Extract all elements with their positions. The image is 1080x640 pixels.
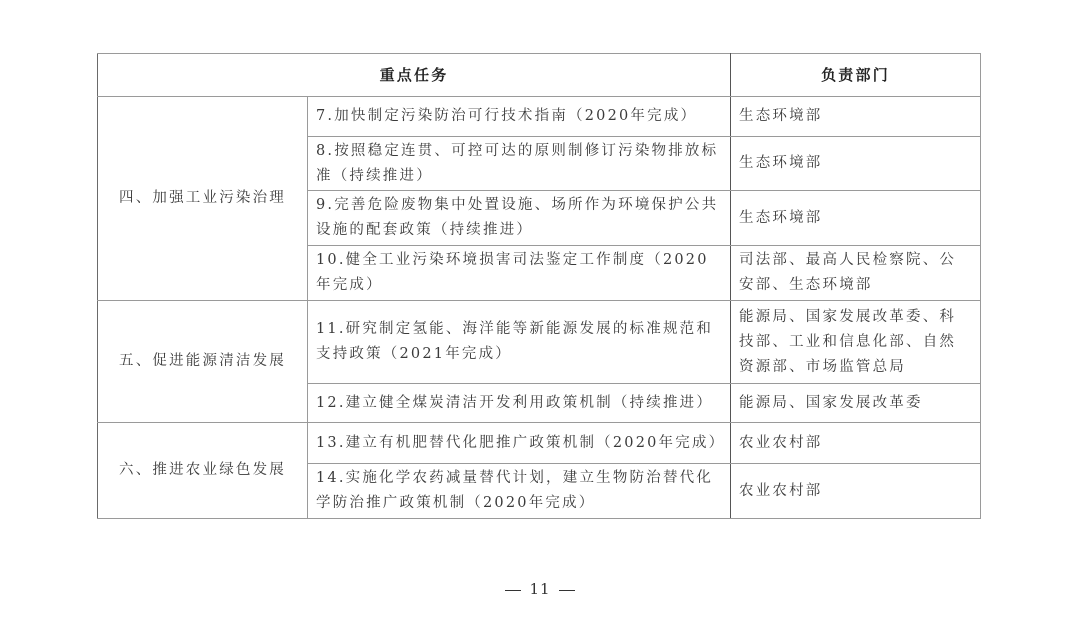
category-cell: 六、推进农业绿色发展 [98,423,308,519]
department-cell: 农业农村部 [731,464,981,519]
header-responsible-department: 负责部门 [731,54,981,97]
category-cell: 四、加强工业污染治理 [98,97,308,301]
task-cell: 12.建立健全煤炭清洁开发利用政策机制（持续推进） [308,384,731,423]
department-cell: 农业农村部 [731,423,981,464]
table-row: 五、促进能源清洁发展 11.研究制定氢能、海洋能等新能源发展的标准规范和支持政策… [98,301,981,384]
department-cell: 司法部、最高人民检察院、公安部、生态环境部 [731,246,981,301]
task-cell: 14.实施化学农药减量替代计划，建立生物防治替代化学防治推广政策机制（2020年… [308,464,731,519]
task-cell: 7.加快制定污染防治可行技术指南（2020年完成） [308,97,731,137]
task-cell: 13.建立有机肥替代化肥推广政策机制（2020年完成） [308,423,731,464]
table-header-row: 重点任务 负责部门 [98,54,981,97]
category-cell: 五、促进能源清洁发展 [98,301,308,423]
dash-left [505,590,521,591]
task-cell: 9.完善危险废物集中处置设施、场所作为环境保护公共设施的配套政策（持续推进） [308,191,731,246]
department-cell: 能源局、国家发展改革委、科技部、工业和信息化部、自然资源部、市场监管总局 [731,301,981,384]
department-cell: 生态环境部 [731,191,981,246]
department-cell: 生态环境部 [731,97,981,137]
table-row: 四、加强工业污染治理 7.加快制定污染防治可行技术指南（2020年完成） 生态环… [98,97,981,137]
header-key-tasks: 重点任务 [98,54,731,97]
document-page: 重点任务 负责部门 四、加强工业污染治理 7.加快制定污染防治可行技术指南（20… [0,0,1080,640]
table-row: 六、推进农业绿色发展 13.建立有机肥替代化肥推广政策机制（2020年完成） 农… [98,423,981,464]
page-number-value: 11 [529,580,550,598]
page-number: 11 [0,580,1080,598]
task-cell: 11.研究制定氢能、海洋能等新能源发展的标准规范和支持政策（2021年完成） [308,301,731,384]
task-cell: 8.按照稳定连贯、可控可达的原则制修订污染物排放标准（持续推进） [308,137,731,191]
department-cell: 能源局、国家发展改革委 [731,384,981,423]
key-tasks-table: 重点任务 负责部门 四、加强工业污染治理 7.加快制定污染防治可行技术指南（20… [97,53,981,519]
dash-right [559,590,575,591]
task-cell: 10.健全工业污染环境损害司法鉴定工作制度（2020年完成） [308,246,731,301]
department-cell: 生态环境部 [731,137,981,191]
